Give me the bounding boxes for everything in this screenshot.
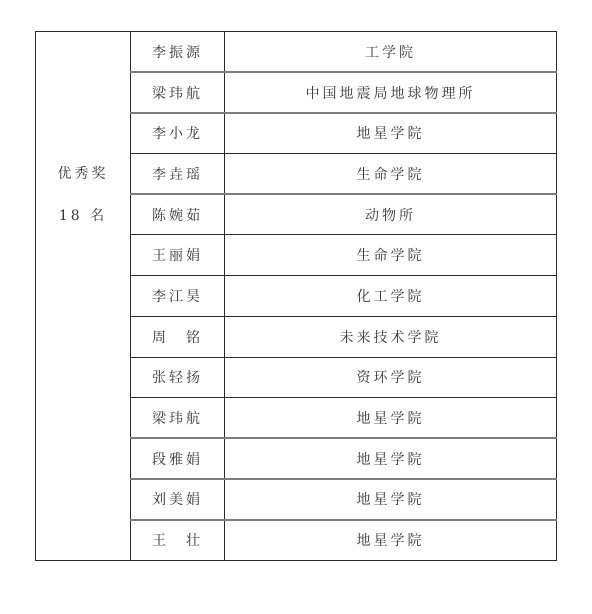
- unit-cell: 动物所: [225, 194, 557, 235]
- award-table: 优秀奖 18 名 李振源 工学院 梁玮航 中国地震局地球物理所 李小龙 地星学院…: [35, 31, 557, 561]
- name-cell: 李垚瑶: [131, 154, 225, 195]
- name-cell: 梁玮航: [131, 398, 225, 439]
- unit-cell: 生命学院: [225, 154, 557, 195]
- unit-cell: 资环学院: [225, 357, 557, 398]
- unit-cell: 地星学院: [225, 398, 557, 439]
- unit-cell: 中国地震局地球物理所: [225, 72, 557, 113]
- category-title: 优秀奖: [36, 153, 130, 195]
- name-cell: 李江昊: [131, 276, 225, 317]
- name-cell: 段雅娟: [131, 438, 225, 479]
- name-cell: 王 壮: [131, 520, 225, 561]
- name-cell: 刘美娟: [131, 479, 225, 520]
- category-cell: 优秀奖 18 名: [36, 32, 131, 561]
- name-cell: 李小龙: [131, 113, 225, 154]
- name-cell: 李振源: [131, 32, 225, 73]
- name-cell: 张轻扬: [131, 357, 225, 398]
- name-cell: 陈婉茹: [131, 194, 225, 235]
- name-cell: 周 铭: [131, 316, 225, 357]
- unit-cell: 地星学院: [225, 113, 557, 154]
- unit-cell: 地星学院: [225, 438, 557, 479]
- unit-cell: 工学院: [225, 32, 557, 73]
- table-row: 优秀奖 18 名 李振源 工学院: [36, 32, 557, 73]
- unit-cell: 地星学院: [225, 479, 557, 520]
- unit-cell: 化工学院: [225, 276, 557, 317]
- unit-cell: 未来技术学院: [225, 316, 557, 357]
- name-cell: 王丽娟: [131, 235, 225, 276]
- name-cell: 梁玮航: [131, 72, 225, 113]
- unit-cell: 地星学院: [225, 520, 557, 561]
- unit-cell: 生命学院: [225, 235, 557, 276]
- category-count: 18 名: [36, 195, 130, 237]
